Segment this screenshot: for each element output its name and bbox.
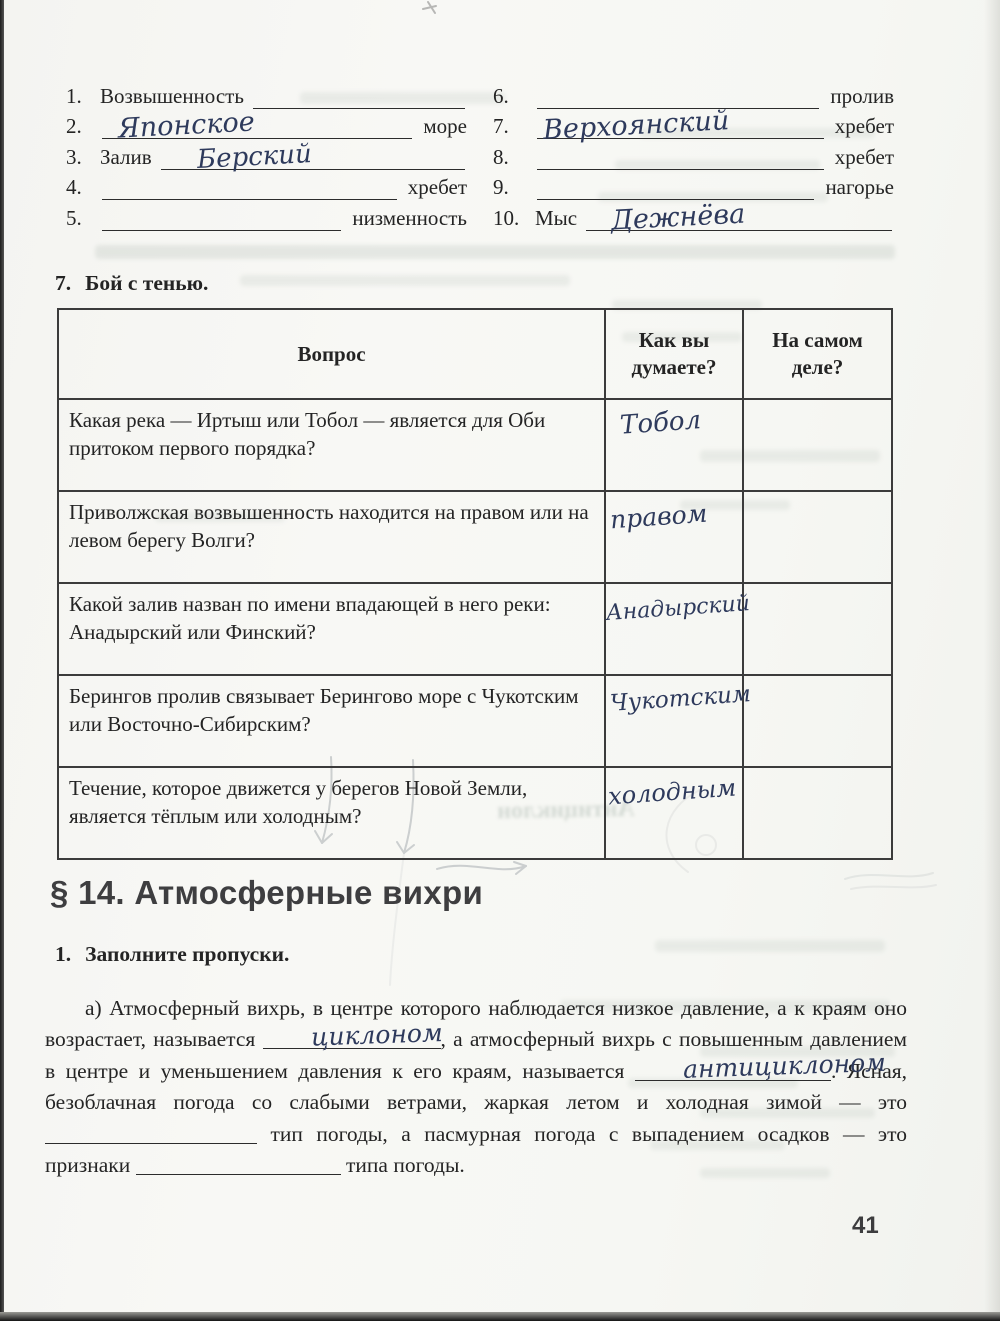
answer-blank: циклоном: [263, 1028, 441, 1049]
answer-blank: [253, 83, 465, 109]
page-left-edge: [0, 0, 4, 1321]
book-bottom-edge: [0, 1312, 1000, 1321]
list-item: 2. Японское море: [66, 109, 467, 140]
answer-blank: [537, 144, 824, 170]
page-number: 41: [852, 1212, 879, 1240]
list-item: 5. низменность: [66, 200, 467, 231]
table-row: Берингов пролив связывает Берингово море…: [58, 675, 892, 767]
column-header-actual: На самом деле?: [743, 309, 892, 399]
item-label-suffix: нагорье: [825, 174, 894, 200]
item-label-suffix: пролив: [830, 83, 894, 109]
item-number: 2.: [66, 113, 100, 139]
answer-blank: Японское: [102, 113, 412, 139]
list-item: 4. хребет: [66, 170, 467, 201]
item-label: Залив: [100, 144, 152, 170]
item-label: Возвышенность: [100, 83, 244, 109]
table-row: Какой залив назван по имени впадающей в …: [58, 583, 892, 675]
item-label-suffix: хребет: [835, 113, 894, 139]
task1-title: Заполните пропуски.: [85, 942, 289, 966]
list-item: 9. нагорье: [493, 170, 894, 201]
question-cell: Какая река — Иртыш или Тобол — является …: [58, 399, 605, 491]
table-row: Течение, которое движется у берегов Ново…: [58, 767, 892, 859]
task7-number: 7.: [55, 271, 71, 295]
actual-cell: [743, 675, 892, 767]
answer-blank: [136, 1154, 341, 1175]
section-title: § 14. Атмосферные вихри: [50, 874, 483, 912]
guess-cell: Тобол: [605, 399, 743, 491]
item-label: Мыс: [535, 205, 577, 231]
item-label-suffix: низменность: [352, 205, 467, 231]
map-labels-right-column: 6. пролив 7. Верхоянский хребет 8. хребе…: [493, 78, 894, 231]
fill-in-paragraph: а) Атмосферный вихрь, в центре которого …: [45, 993, 907, 1183]
item-number: 9.: [493, 174, 535, 200]
actual-cell: [743, 491, 892, 583]
handwritten-answer: Берский: [197, 141, 313, 173]
handwritten-answer: правом: [609, 499, 708, 535]
handwritten-answer: Анадырский: [605, 591, 750, 626]
map-labels-exercise: 1. Возвышенность 2. Японское море 3. Зал…: [66, 78, 894, 231]
table-row: Приволжская возвышенность находится на п…: [58, 491, 892, 583]
handwritten-answer: Чукотским: [609, 681, 751, 717]
list-item: 7. Верхоянский хребет: [493, 109, 894, 140]
list-item: 6. пролив: [493, 78, 894, 109]
guess-cell: Анадырский: [605, 583, 743, 675]
task7-heading: 7.Бой с тенью.: [55, 271, 208, 296]
question-cell: Какой залив назван по имени впадающей в …: [58, 583, 605, 675]
task1-number: 1.: [55, 942, 71, 966]
handwritten-answer: Дежнёва: [610, 201, 745, 234]
task1-heading: 1.Заполните пропуски.: [55, 942, 289, 967]
answer-blank: [102, 205, 341, 231]
handwritten-answer: циклоном: [270, 1017, 443, 1055]
answer-blank: Дежнёва: [586, 205, 892, 231]
workbook-page: Антициклон 1. Возвышенность: [0, 0, 1000, 1321]
item-number: 1.: [66, 83, 100, 109]
bleed-through-mark: [240, 275, 570, 286]
question-cell: Берингов пролив связывает Берингово море…: [58, 675, 605, 767]
item-label-suffix: хребет: [835, 144, 894, 170]
guess-cell: холодным: [605, 767, 743, 859]
item-number: 6.: [493, 83, 535, 109]
list-item: 10. Мыс Дежнёва: [493, 200, 894, 231]
list-item: 8. хребет: [493, 139, 894, 170]
column-header-question: Вопрос: [58, 309, 605, 399]
item-number: 4.: [66, 174, 100, 200]
item-label-suffix: море: [423, 113, 467, 139]
item-label-suffix: хребет: [408, 174, 467, 200]
question-cell: Приволжская возвышенность находится на п…: [58, 491, 605, 583]
column-header-guess: Как вы думаете?: [605, 309, 743, 399]
paragraph-text: типа погоды.: [341, 1153, 465, 1177]
answer-blank: [102, 174, 397, 200]
actual-cell: [743, 399, 892, 491]
handwritten-answer: холодным: [607, 774, 737, 811]
answer-blank: Берский: [161, 144, 465, 170]
map-labels-left-column: 1. Возвышенность 2. Японское море 3. Зал…: [66, 78, 467, 231]
task7-title: Бой с тенью.: [85, 271, 208, 295]
handwritten-answer: Верхоянский: [542, 108, 729, 144]
actual-cell: [743, 583, 892, 675]
answer-blank: [537, 83, 819, 109]
answer-blank: [45, 1123, 257, 1144]
item-number: 3.: [66, 144, 100, 170]
item-number: 8.: [493, 144, 535, 170]
table-header-row: Вопрос Как вы думаете? На самом деле?: [58, 309, 892, 399]
table-row: Какая река — Иртыш или Тобол — является …: [58, 399, 892, 491]
shadow-boxing-table: Вопрос Как вы думаете? На самом деле? Ка…: [57, 308, 893, 860]
list-item: 1. Возвышенность: [66, 78, 467, 109]
item-number: 10.: [493, 205, 535, 231]
item-number: 5.: [66, 205, 100, 231]
page-right-shade: [984, 0, 1000, 1321]
answer-blank: Верхоянский: [537, 113, 824, 139]
handwritten-answer: Тобол: [619, 405, 702, 441]
question-cell: Течение, которое движется у берегов Ново…: [58, 767, 605, 859]
bleed-through-mark: [95, 245, 895, 259]
answer-blank: антициклоном: [635, 1060, 831, 1081]
bleed-through-mark: [655, 940, 885, 952]
guess-cell: Чукотским: [605, 675, 743, 767]
actual-cell: [743, 767, 892, 859]
handwritten-answer: Японское: [117, 110, 255, 143]
answer-blank: [537, 174, 814, 200]
guess-cell: правом: [605, 491, 743, 583]
item-number: 7.: [493, 113, 535, 139]
